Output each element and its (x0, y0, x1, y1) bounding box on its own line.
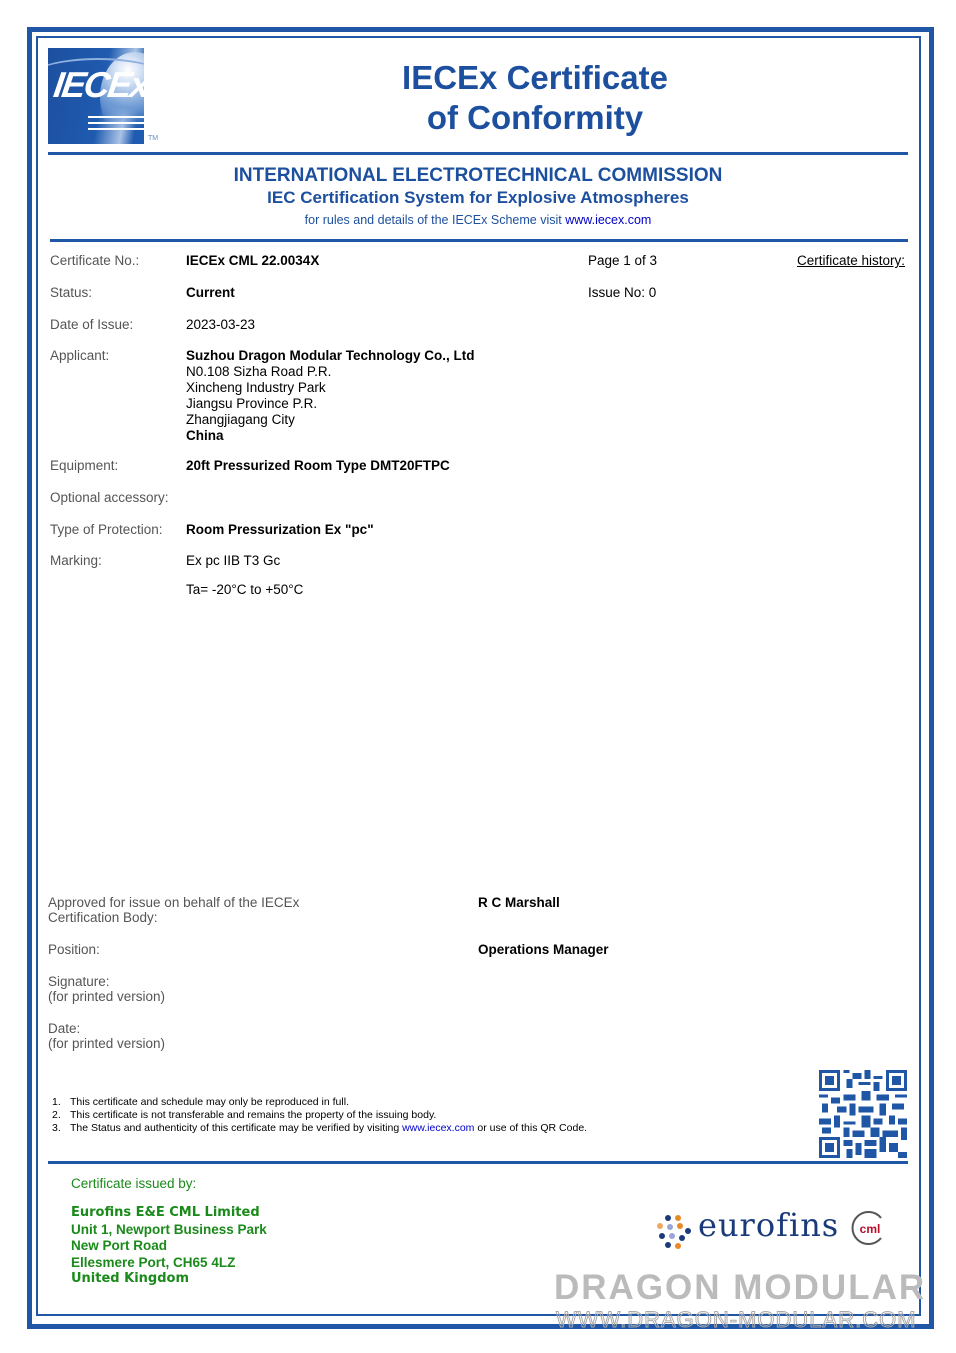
protection-type-label: Type of Protection: (50, 522, 163, 537)
page-title: IECEx Certificate of Conformity (330, 58, 740, 138)
optional-accessory-label: Optional accessory: (50, 490, 169, 505)
signature-label: Signature: (for printed version) (48, 974, 165, 1004)
issuer-address-line: New Port Road (71, 1238, 267, 1255)
trademark-mark: TM (148, 135, 158, 142)
rules-text: for rules and details of the IECEx Schem… (48, 213, 908, 227)
issued-by-label: Certificate issued by: (71, 1176, 196, 1191)
issuer-name: Eurofins E&E CML Limited (71, 1205, 267, 1222)
footer-divider (48, 1161, 908, 1164)
applicant-country: China (186, 428, 474, 444)
org-divider (50, 239, 908, 242)
ambient-temperature: Ta= -20°C to +50°C (186, 582, 303, 598)
iecex-logo: IECEx (48, 48, 144, 144)
note-item: 1.This certificate and schedule may only… (52, 1096, 587, 1109)
approver-name: R C Marshall (478, 895, 560, 911)
certificate-no: IECEx CML 22.0034X (186, 253, 319, 269)
iecex-link[interactable]: www.iecex.com (565, 213, 651, 227)
header-divider (48, 152, 908, 155)
applicant-address-line: N0.108 Sizha Road P.R. (186, 364, 474, 380)
page-indicator: Page 1 of 3 (588, 253, 657, 269)
notes-list: 1.This certificate and schedule may only… (52, 1096, 587, 1135)
organization-name: INTERNATIONAL ELECTROTECHNICAL COMMISSIO… (48, 165, 908, 187)
issuer-country: United Kingdom (71, 1271, 267, 1288)
applicant-block: Suzhou Dragon Modular Technology Co., Lt… (186, 348, 474, 444)
position-value: Operations Manager (478, 942, 609, 958)
issuer-block: Eurofins E&E CML Limited Unit 1, Newport… (71, 1205, 267, 1288)
date-of-issue: 2023-03-23 (186, 317, 255, 333)
equipment-value: 20ft Pressurized Room Type DMT20FTPC (186, 458, 450, 474)
issue-no: Issue No: 0 (588, 285, 656, 301)
certificate-history-link[interactable]: Certificate history: (797, 253, 905, 269)
approved-label: Approved for issue on behalf of the IECE… (48, 895, 299, 925)
position-label: Position: (48, 942, 100, 957)
svg-text:cml: cml (860, 1222, 881, 1236)
watermark-title: DRAGON MODULAR (554, 1268, 926, 1308)
eurofins-dots-icon (656, 1214, 692, 1250)
status-label: Status: (50, 285, 92, 300)
applicant-label: Applicant: (50, 348, 109, 363)
date-of-issue-label: Date of Issue: (50, 317, 133, 332)
issuer-address-line: Unit 1, Newport Business Park (71, 1222, 267, 1239)
applicant-address-line: Jiangsu Province P.R. (186, 396, 474, 412)
certification-system: IEC Certification System for Explosive A… (48, 188, 908, 208)
issuer-address-line: Ellesmere Port, CH65 4LZ (71, 1255, 267, 1272)
note-item: 3.The Status and authenticity of this ce… (52, 1122, 587, 1135)
note-item: 2.This certificate is not transferable a… (52, 1109, 587, 1122)
qr-code-icon[interactable] (819, 1070, 907, 1158)
cml-logo: cml (851, 1210, 887, 1246)
date-label: Date: (for printed version) (48, 1021, 165, 1051)
protection-type-value: Room Pressurization Ex "pc" (186, 522, 374, 538)
watermark-url: WWW.DRAGON-MODULAR.COM (556, 1307, 917, 1333)
applicant-address-line: Xincheng Industry Park (186, 380, 474, 396)
applicant-address-line: Zhangjiagang City (186, 412, 474, 428)
marking-label: Marking: (50, 553, 102, 568)
marking-value: Ex pc IIB T3 Gc (186, 553, 280, 569)
iecex-verify-link[interactable]: www.iecex.com (402, 1122, 474, 1134)
certificate-no-label: Certificate No.: (50, 253, 139, 268)
applicant-name: Suzhou Dragon Modular Technology Co., Lt… (186, 348, 474, 364)
equipment-label: Equipment: (50, 458, 118, 473)
status-value: Current (186, 285, 235, 301)
